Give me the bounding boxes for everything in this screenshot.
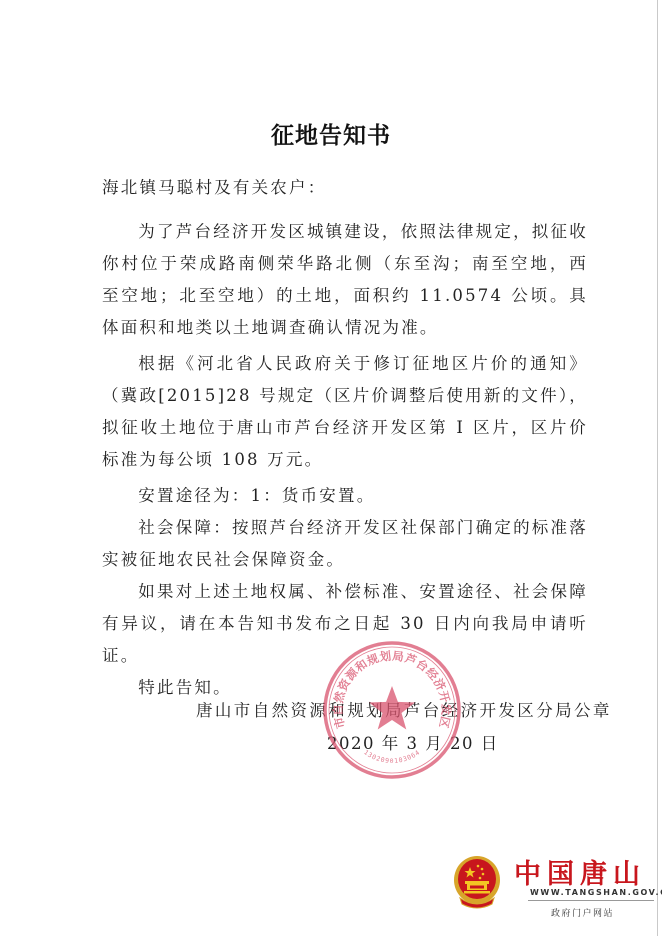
logo-title: 中国唐山 xyxy=(514,852,646,891)
document-page: 征地告知书 海北镇马聪村及有关农户： 为了芦台经济开发区城镇建设，依照法律规定，… xyxy=(0,0,662,936)
paragraph-social-security: 社会保障：按照芦台经济开发区社保部门确定的标准落实被征地农民社会保障资金。 xyxy=(102,512,588,576)
salutation: 海北镇马聪村及有关农户： xyxy=(102,172,588,204)
signature-org: 唐山市自然资源和规划局芦台经济开发区分局公章 xyxy=(196,697,612,721)
national-emblem-icon xyxy=(452,854,502,910)
logo-url[interactable]: WWW.TANGSHAN.GOV.CN xyxy=(530,888,662,897)
paragraph-land-acquisition: 为了芦台经济开发区城镇建设，依照法律规定，拟征收你村位于荣成路南侧荣华路北侧（东… xyxy=(102,216,588,344)
paragraph-price-standard: 根据《河北省人民政府关于修订征地区片价的通知》（冀政[2015]28 号规定（区… xyxy=(102,348,588,476)
document-title: 征地告知书 xyxy=(0,117,662,150)
paragraph-resettlement: 安置途径为：1：货币安置。 xyxy=(102,480,588,512)
signature-date: 2020 年 3 月 20 日 xyxy=(327,730,499,754)
logo-divider xyxy=(528,900,654,901)
paragraph-hearing: 如果对上述土地权属、补偿标准、安置途径、社会保障有异议，请在本告知书发布之日起 … xyxy=(102,576,588,672)
logo-subtitle: 政府门户网站 xyxy=(551,906,614,919)
document-body: 海北镇马聪村及有关农户： 为了芦台经济开发区城镇建设，依照法律规定，拟征收你村位… xyxy=(102,172,588,704)
tangshan-gov-logo[interactable]: 中国唐山 WWW.TANGSHAN.GOV.CN 政府门户网站 xyxy=(448,848,658,928)
